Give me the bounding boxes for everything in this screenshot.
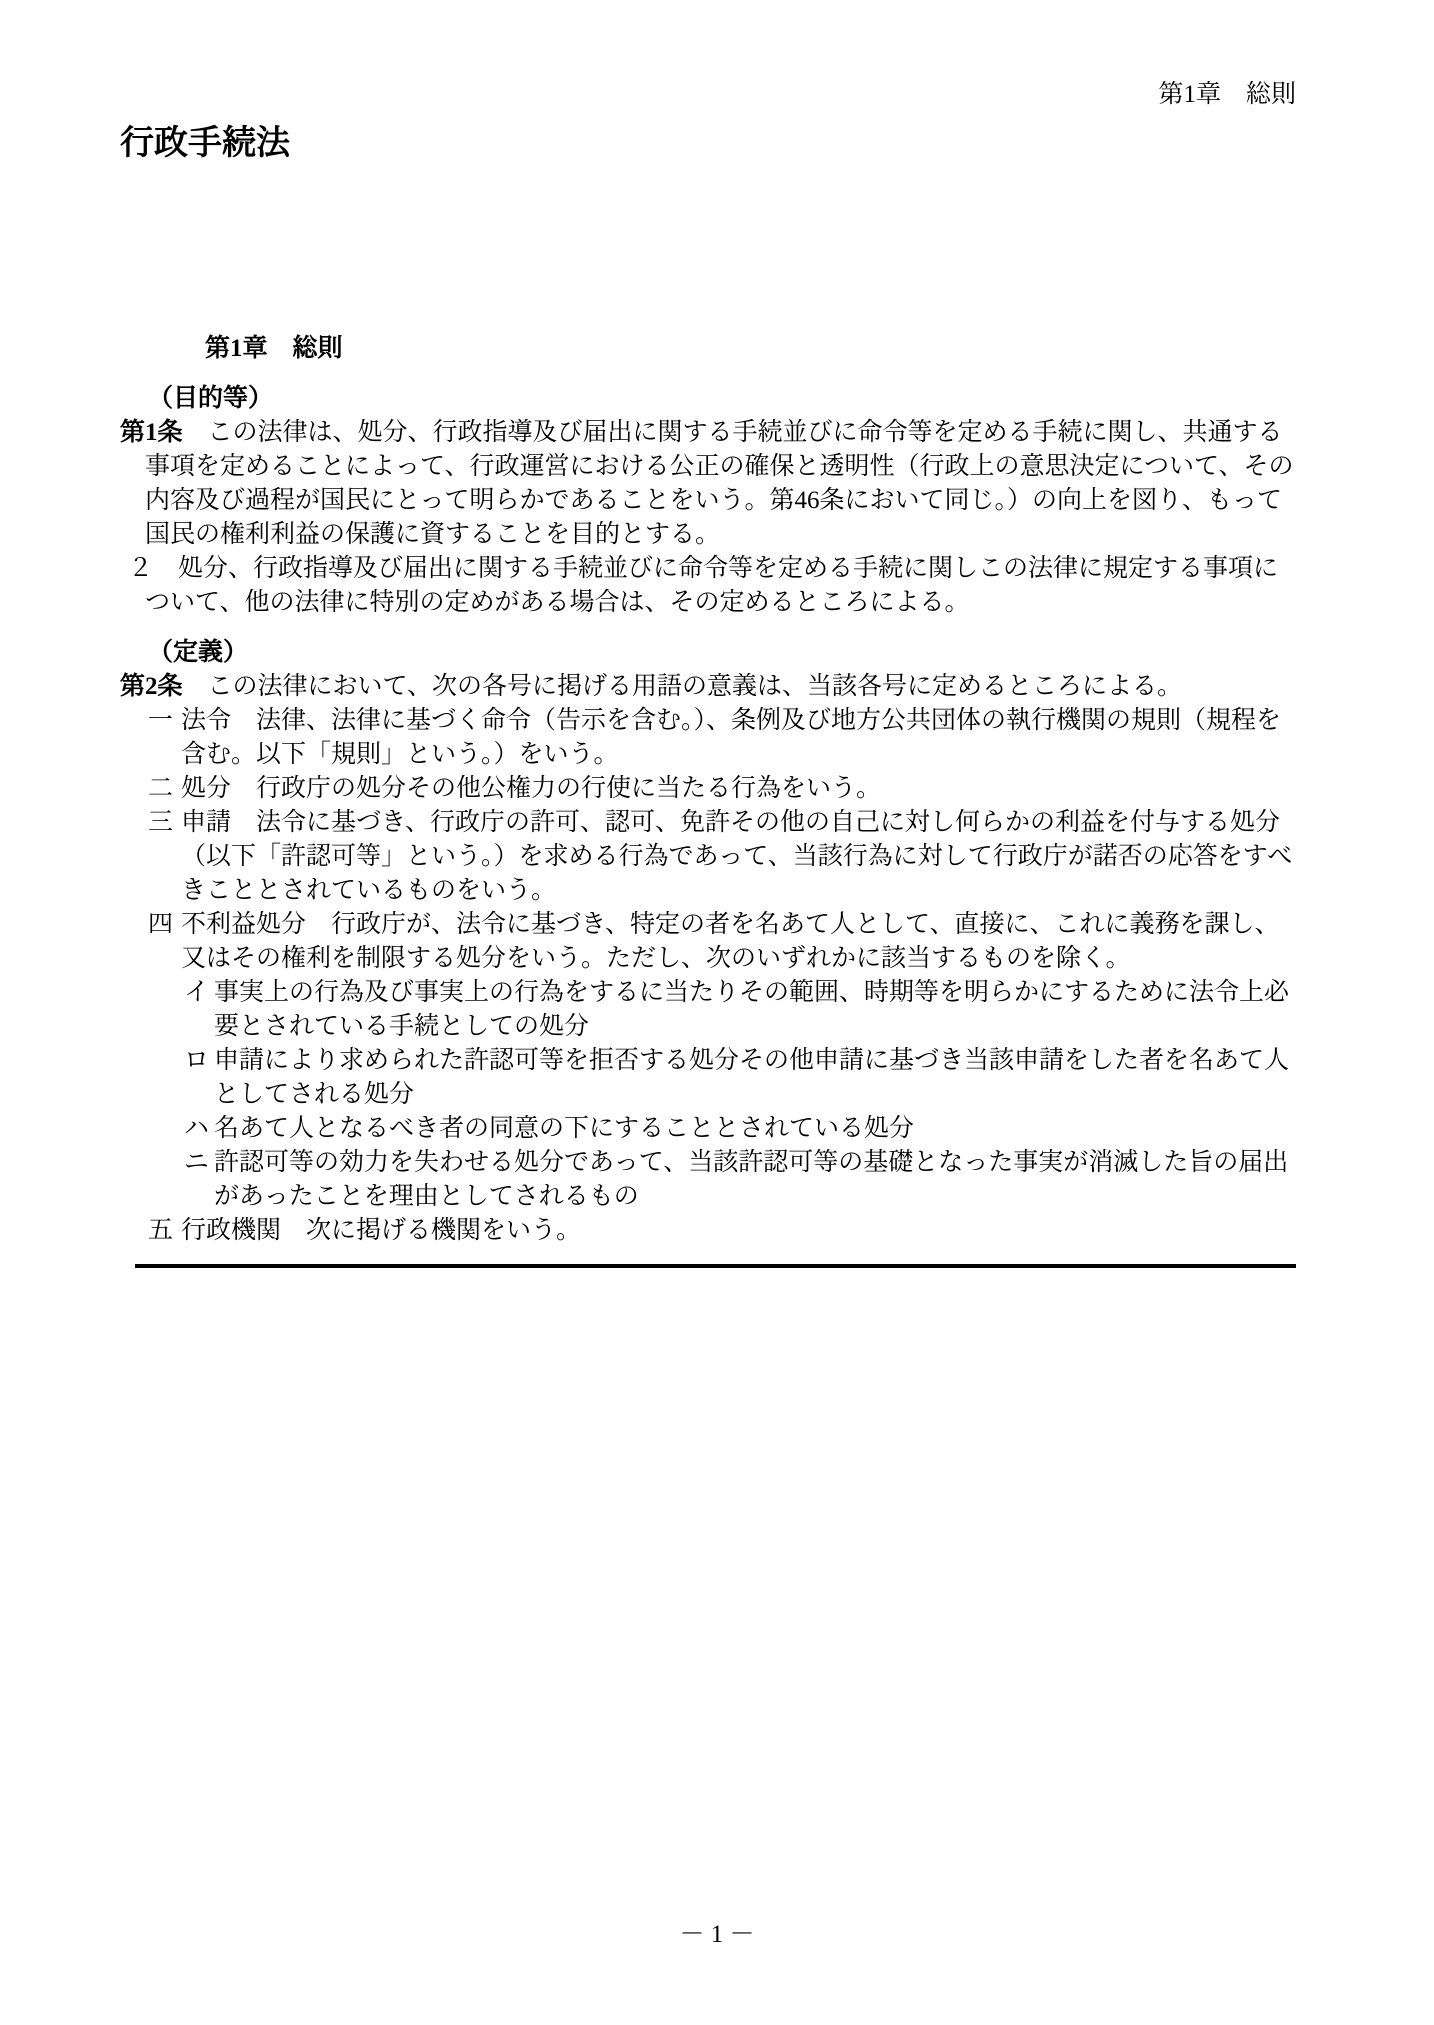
subitem-ro-text: 申請により求められた許認可等を拒否する処分その他申請に基づき当該申請をした者を名…: [214, 1044, 1296, 1112]
item-4-text: 不利益処分 行政庁が、法令に基づき、特定の者を名あて人として、直接に、これに義務…: [181, 908, 1296, 976]
item-5-text: 行政機関 次に掲げる機関をいう。: [181, 1214, 1296, 1248]
subitem-ha-number: ハ: [184, 1112, 214, 1146]
article-2: 第2条 この法律において、次の各号に掲げる用語の意義は、当該各号に定めるところに…: [120, 670, 1296, 704]
item-5-number: 五: [148, 1214, 181, 1248]
definition-item-4-sub-ha: ハ 名あて人となるべき者の同意の下にすることとされている処分: [184, 1112, 1296, 1146]
definition-item-4-sub-ni: ニ 許認可等の効力を失わせる処分であって、当該許認可等の基礎となった事実が消滅し…: [184, 1146, 1296, 1214]
definition-item-1: 一 法令 法律、法律に基づく命令（告示を含む。）、条例及び地方公共団体の執行機関…: [148, 704, 1296, 772]
document-title: 行政手続法: [120, 122, 1296, 166]
article-1-text: この法律は、処分、行政指導及び届出に関する手続並びに命令等を定める手続に関し、共…: [145, 419, 1294, 548]
subitem-ni-number: ニ: [184, 1146, 214, 1214]
item-1-number: 一: [148, 704, 181, 772]
definition-item-5: 五 行政機関 次に掲げる機関をいう。: [148, 1214, 1296, 1248]
item-4-number: 四: [148, 908, 181, 976]
chapter-heading: 第1章 総則: [205, 332, 1296, 366]
subitem-i-number: イ: [184, 976, 214, 1044]
item-2-text: 処分 行政庁の処分その他公権力の行使に当たる行為をいう。: [181, 772, 1296, 806]
definition-item-3: 三 申請 法令に基づき、行政庁の許可、認可、免許その他の自己に対し何らかの利益を…: [148, 806, 1296, 908]
article-1-paragraph-2: ２ 処分、行政指導及び届出に関する手続並びに命令等を定める手続に関しこの法律に規…: [120, 552, 1296, 620]
subitem-ro-number: ロ: [184, 1044, 214, 1112]
page-number: － 1 －: [0, 1918, 1434, 1952]
section-label-purpose: （目的等）: [148, 382, 1296, 416]
item-1-text: 法令 法律、法律に基づく命令（告示を含む。）、条例及び地方公共団体の執行機関の規…: [181, 704, 1296, 772]
item-2-number: 二: [148, 772, 181, 806]
item-3-text: 申請 法令に基づき、行政庁の許可、認可、免許その他の自己に対し何らかの利益を付与…: [181, 806, 1296, 908]
subitem-ni-text: 許認可等の効力を失わせる処分であって、当該許認可等の基礎となった事実が消滅した旨…: [214, 1146, 1296, 1214]
paragraph-2-text: 処分、行政指導及び届出に関する手続並びに命令等を定める手続に関しこの法律に規定す…: [145, 555, 1278, 616]
page-content: 第1章 総則 行政手続法 第1章 総則 （目的等） 第1条 この法律は、処分、行…: [120, 0, 1296, 1268]
subitem-i-text: 事実上の行為及び事実上の行為をするに当たりその範囲、時期等を明らかにするために法…: [214, 976, 1296, 1044]
section-label-definitions: （定義）: [148, 636, 1296, 670]
definition-item-4-sub-i: イ 事実上の行為及び事実上の行為をするに当たりその範囲、時期等を明らかにするため…: [184, 976, 1296, 1044]
article-2-text: この法律において、次の各号に掲げる用語の意義は、当該各号に定めるところによる。: [183, 673, 1183, 700]
article-1-number: 第1条: [120, 419, 183, 446]
running-header: 第1章 総則: [120, 78, 1296, 112]
paragraph-2-number: ２: [128, 555, 153, 582]
subitem-ha-text: 名あて人となるべき者の同意の下にすることとされている処分: [214, 1112, 1296, 1146]
article-1: 第1条 この法律は、処分、行政指導及び届出に関する手続並びに命令等を定める手続に…: [120, 416, 1296, 552]
horizontal-rule: [135, 1264, 1296, 1268]
definition-item-4-sub-ro: ロ 申請により求められた許認可等を拒否する処分その他申請に基づき当該申請をした者…: [184, 1044, 1296, 1112]
definition-item-2: 二 処分 行政庁の処分その他公権力の行使に当たる行為をいう。: [148, 772, 1296, 806]
article-2-number: 第2条: [120, 673, 183, 700]
item-3-number: 三: [148, 806, 181, 908]
document-page: 第1章 総則 行政手続法 第1章 総則 （目的等） 第1条 この法律は、処分、行…: [0, 0, 1434, 2025]
definition-item-4: 四 不利益処分 行政庁が、法令に基づき、特定の者を名あて人として、直接に、これに…: [148, 908, 1296, 976]
